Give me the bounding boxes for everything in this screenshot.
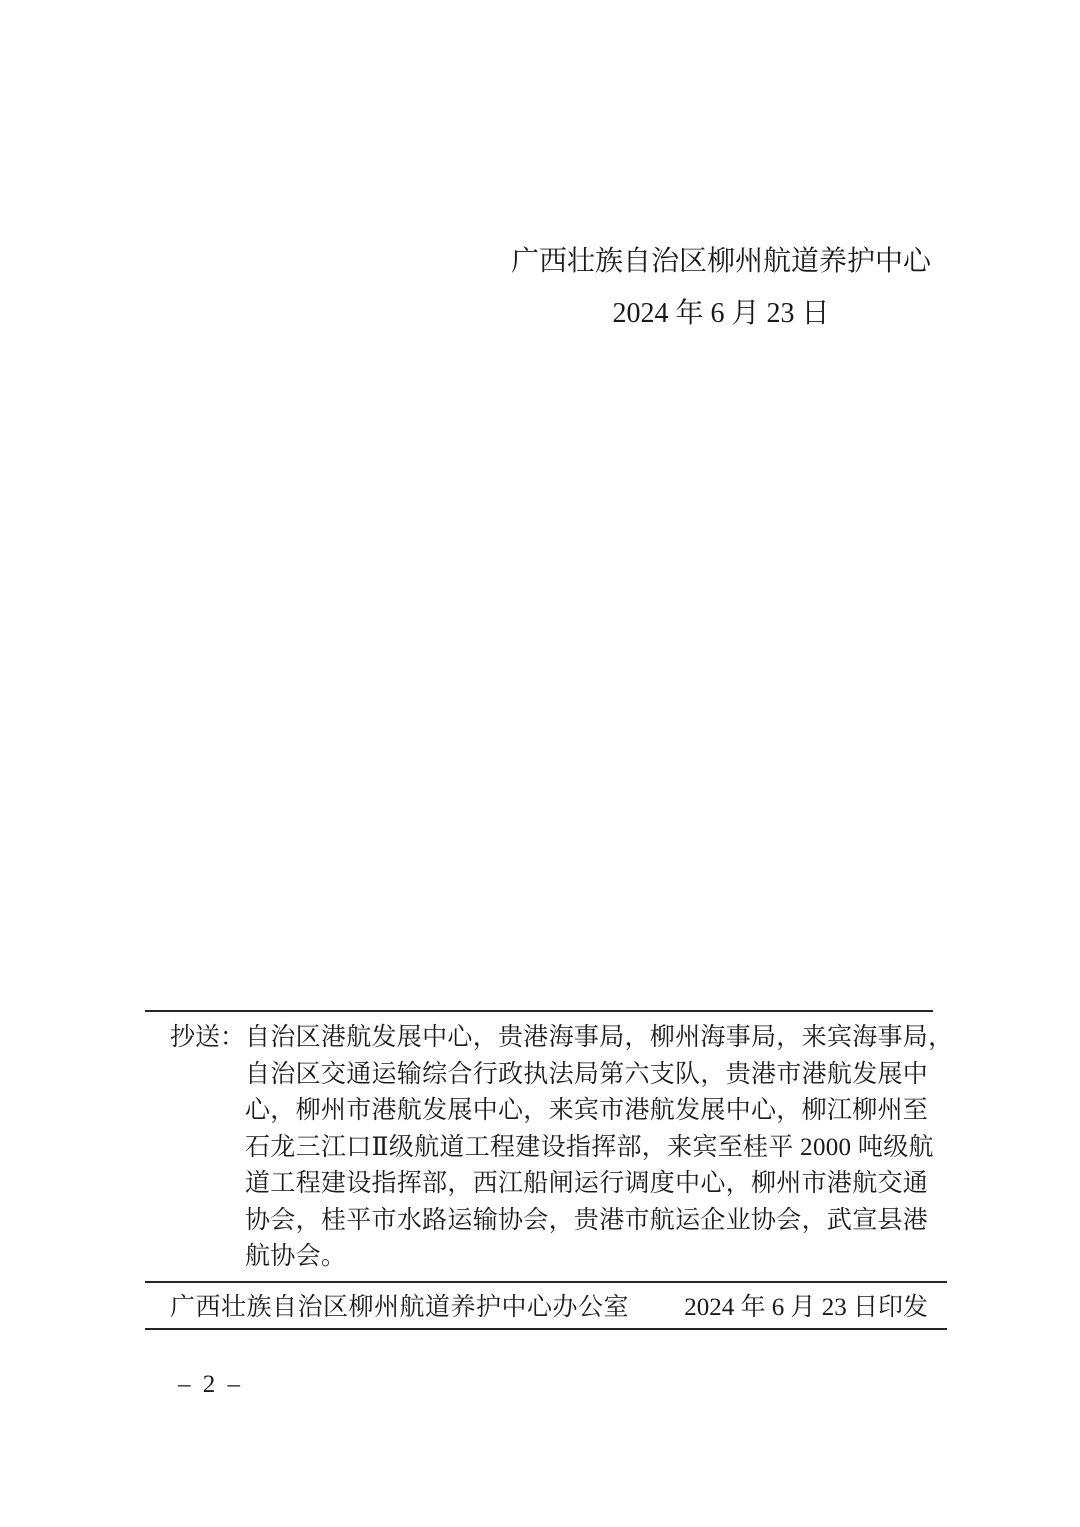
issuing-office: 广西壮族自治区柳州航道养护中心办公室 <box>170 1287 629 1323</box>
cc-line: 石龙三江口Ⅱ级航道工程建设指挥部，来宾至桂平 2000 吨级航 <box>245 1130 947 1167</box>
colophon-row: 广西壮族自治区柳州航道养护中心办公室 2024 年 6 月 23 日印发 <box>145 1282 947 1330</box>
cc-line: 道工程建设指挥部，西江船闸运行调度中心，柳州市港航交通 <box>245 1166 947 1203</box>
cc-label: 抄送： <box>170 1020 245 1057</box>
issue-date: 2024 年 6 月 23 日 <box>511 298 931 330</box>
cc-section: 抄送： 自治区港航发展中心，贵港海事局，柳州海事局，来宾海事局， 自治区交通运输… <box>145 1012 947 1283</box>
cc-line: 航协会。 <box>245 1239 947 1276</box>
cc-line: 协会，桂平市水路运输协会，贵港市航运企业协会，武宣县港 <box>245 1203 947 1240</box>
cc-list: 自治区港航发展中心，贵港海事局，柳州海事局，来宾海事局， 自治区交通运输综合行政… <box>245 1020 947 1276</box>
document-page: 广西壮族自治区柳州航道养护中心 2024 年 6 月 23 日 抄送： 自治区港… <box>0 0 1080 1527</box>
cc-line: 自治区港航发展中心，贵港海事局，柳州海事局，来宾海事局， <box>245 1020 947 1057</box>
issuer-signature-block: 广西壮族自治区柳州航道养护中心 2024 年 6 月 23 日 <box>511 245 931 330</box>
cc-line: 心，柳州市港航发展中心，来宾市港航发展中心，柳江柳州至 <box>245 1093 947 1130</box>
print-date: 2024 年 6 月 23 日印发 <box>684 1287 928 1323</box>
cc-line: 自治区交通运输综合行政执法局第六支队，贵港市港航发展中 <box>245 1057 947 1094</box>
page-number: – 2 – <box>178 1371 243 1399</box>
issuer-name: 广西壮族自治区柳州航道养护中心 <box>511 245 931 278</box>
